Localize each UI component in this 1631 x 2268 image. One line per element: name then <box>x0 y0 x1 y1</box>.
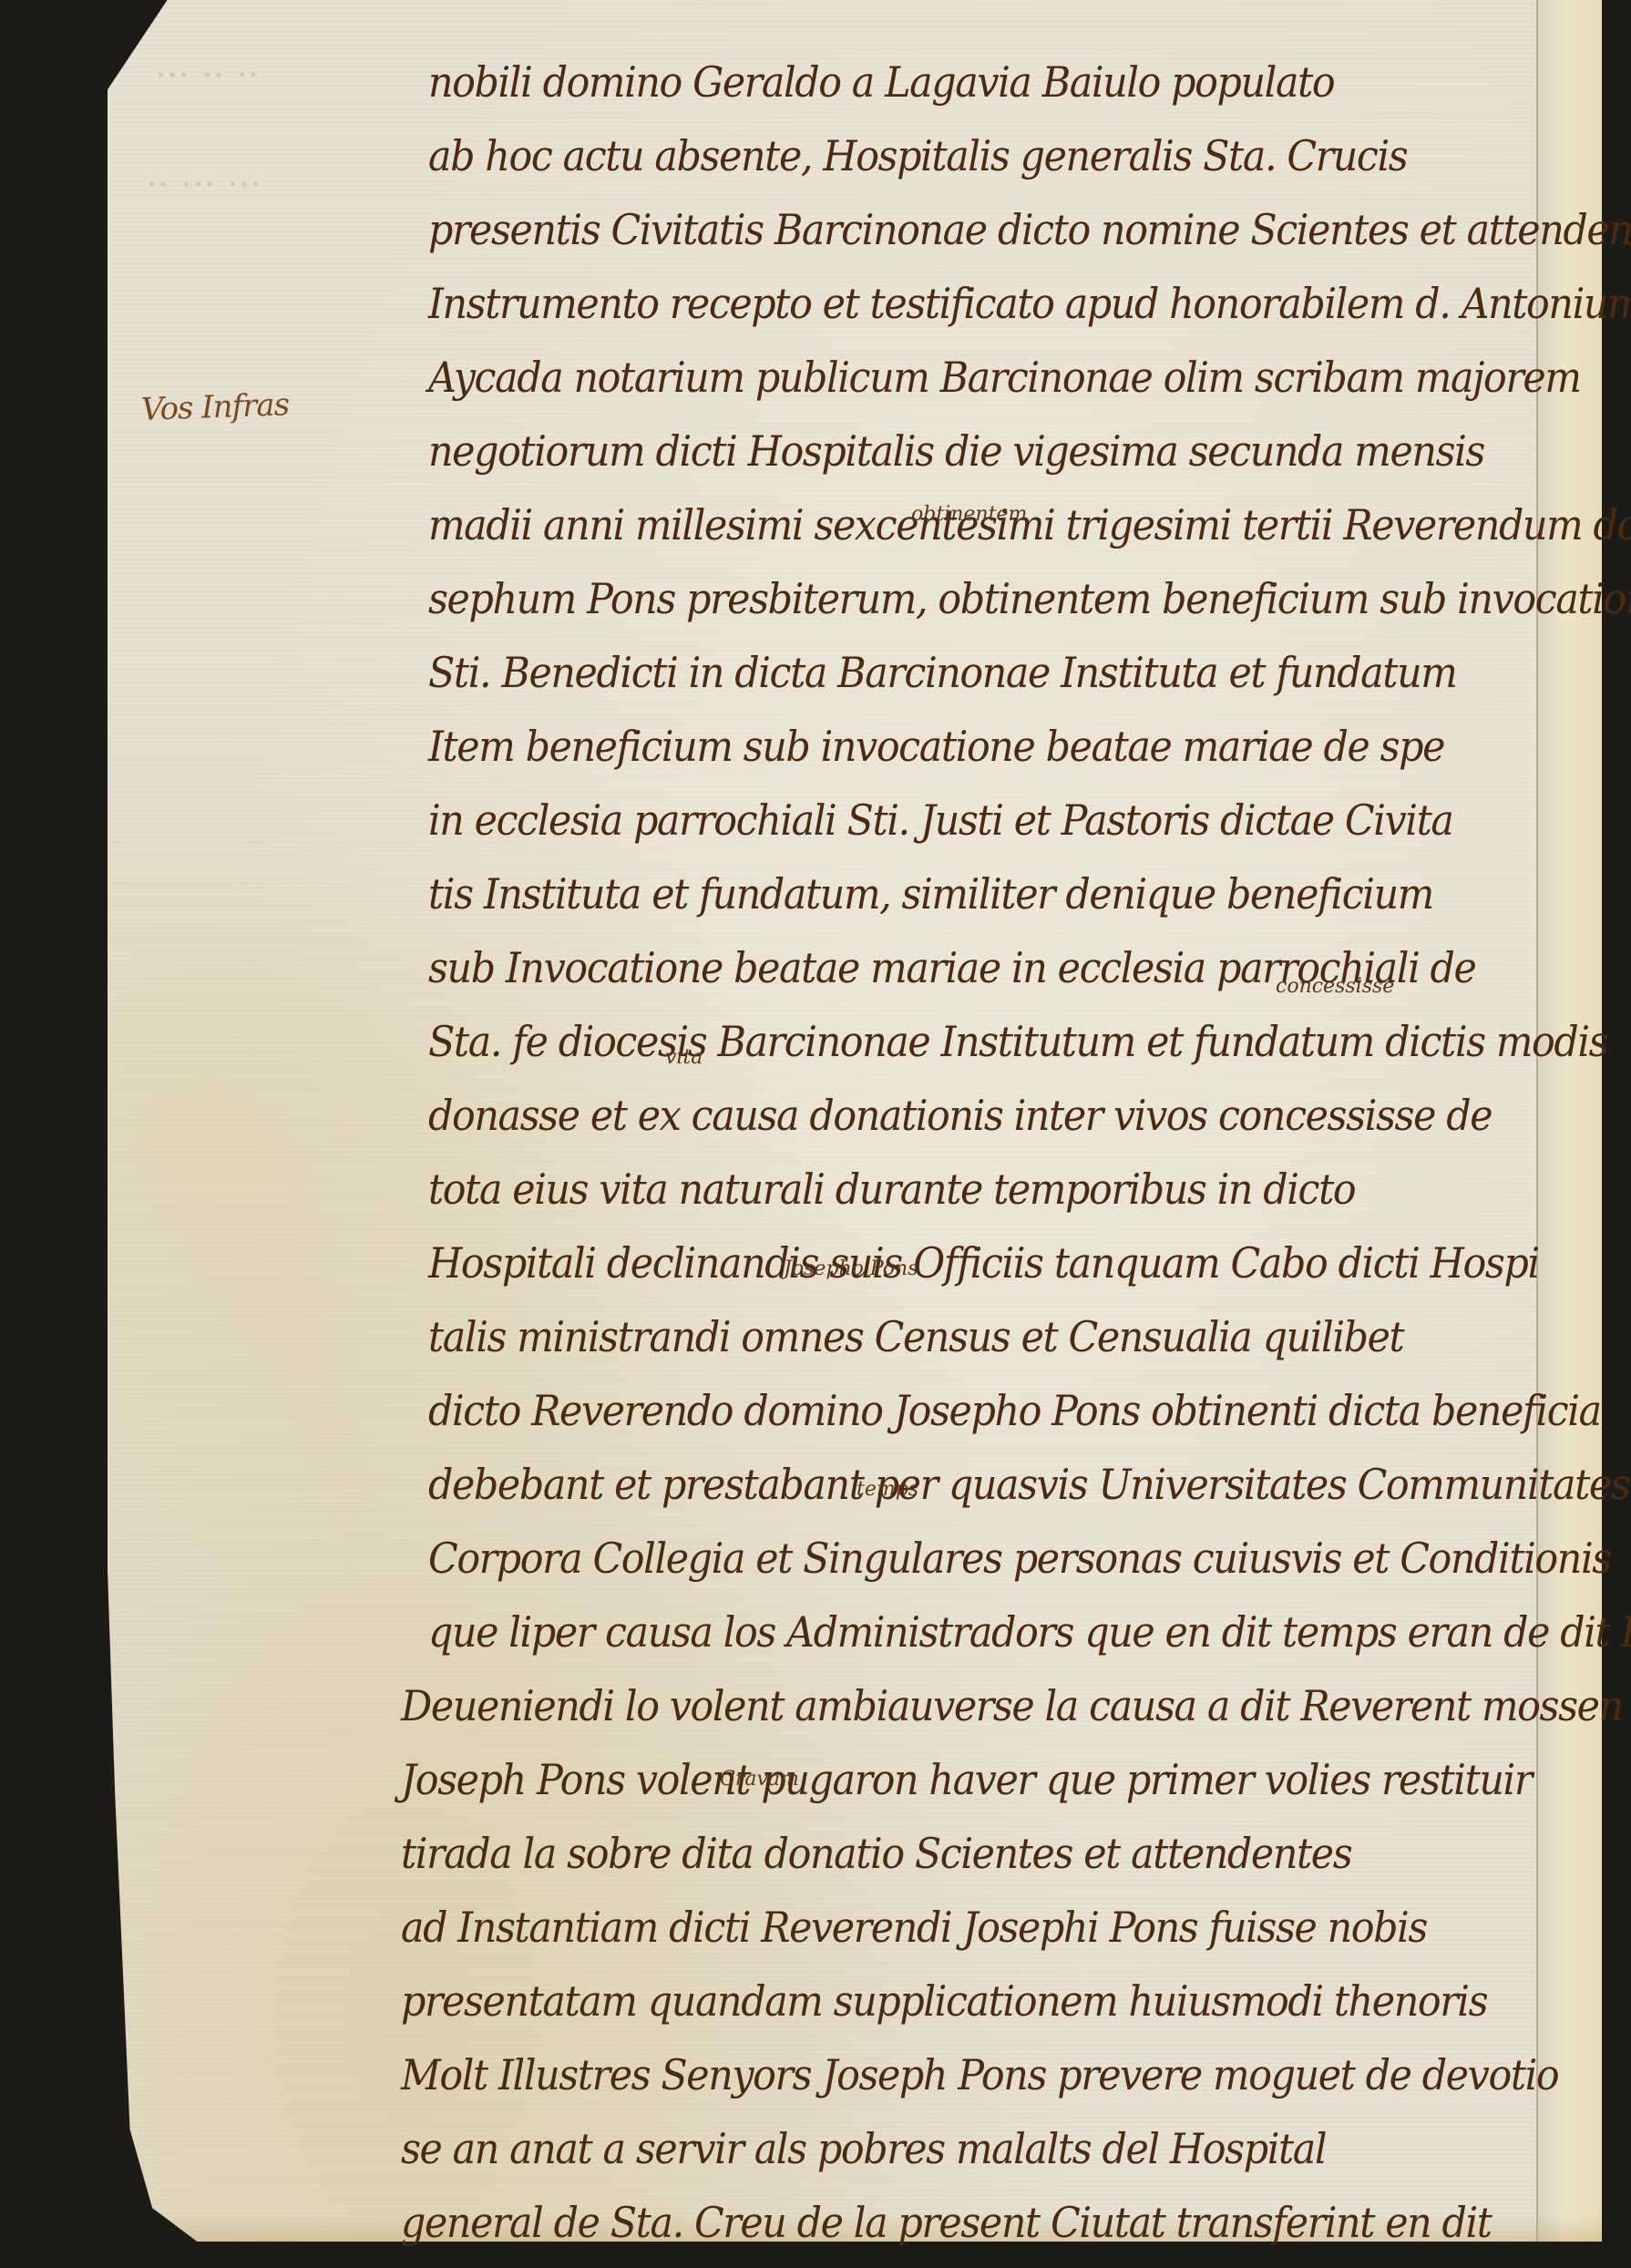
text-line: Corpora Collegia et Singulares personas … <box>428 1531 1479 1605</box>
bleed-through-text: ·· ·· ··· <box>155 55 259 97</box>
text-line: negotiorum dicti Hospitalis die vigesima… <box>428 424 1479 498</box>
text-line: que liper causa los Administradors que e… <box>428 1605 1479 1678</box>
text-line: talis ministrandi omnes Census et Censua… <box>428 1309 1479 1383</box>
text-line: tirada la sobre dita donatio Scientes et… <box>401 1826 1477 1900</box>
text-line: ab hoc actu absente, Hospitalis generali… <box>428 128 1479 202</box>
manuscript-text-block: nobili domino Geraldo a Lagavia Baiulo p… <box>428 55 1558 2268</box>
text-line: Sti. Benedicti in dicta Barcinonae Insti… <box>428 645 1479 719</box>
interlinear-note: Josepho Pons <box>784 1257 918 1280</box>
text-line: Hospitali declinandis suis Officiis tanq… <box>428 1236 1479 1309</box>
interlinear-note: obtinentem <box>911 503 1027 526</box>
text-line: presentis Civitatis Barcinonae dicto nom… <box>428 202 1479 276</box>
text-line: Deueniendi lo volent ambiauverse la caus… <box>401 1678 1477 1752</box>
text-line: dicto Reverendo domino Josepho Pons obti… <box>428 1383 1479 1457</box>
text-line: in ecclesia parrochiali Sti. Justi et Pa… <box>428 793 1479 867</box>
text-line: debebant et prestabant per quasvis Unive… <box>428 1457 1479 1531</box>
interlinear-note: vita <box>665 1046 703 1069</box>
text-line: Item beneficium sub invocatione beatae m… <box>428 719 1479 793</box>
text-line: Molt Illustres Senyors Joseph Pons preve… <box>401 2047 1477 2121</box>
bleed-through-text: ··· ··· ·· <box>146 164 262 206</box>
interlinear-note: temps <box>857 1478 918 1501</box>
text-line: ad Instantiam dicti Reverendi Josephi Po… <box>401 1900 1477 1974</box>
text-line: tota eius vita naturali durante temporib… <box>428 1162 1479 1236</box>
text-line: nobili domino Geraldo a Lagavia Baiulo p… <box>428 55 1479 128</box>
text-line: Aycada notarium publicum Barcinonae olim… <box>428 350 1479 424</box>
text-line: donasse et ex causa donationis inter viv… <box>428 1088 1479 1162</box>
text-line: Sta. fe diocesis Barcinonae Institutum e… <box>428 1014 1479 1088</box>
text-line: se an anat a servir als pobres malalts d… <box>401 2121 1477 2195</box>
text-line: Instrumento recepto et testificato apud … <box>428 276 1479 350</box>
text-line: sephum Pons presbiterum, obtinentem bene… <box>428 571 1479 645</box>
text-line: general de Sta. Creu de la present Ciuta… <box>401 2195 1477 2268</box>
margin-note: Vos Infras <box>140 386 289 428</box>
text-line: Joseph Pons volent pugaron haver que pri… <box>401 1752 1477 1826</box>
interlinear-note: Cravam <box>720 1768 799 1791</box>
text-line: tis Instituta et fundatum, similiter den… <box>428 867 1479 940</box>
interlinear-note: concessisse <box>1276 975 1394 998</box>
text-line: presentatam quandam supplicationem huius… <box>401 1974 1477 2047</box>
